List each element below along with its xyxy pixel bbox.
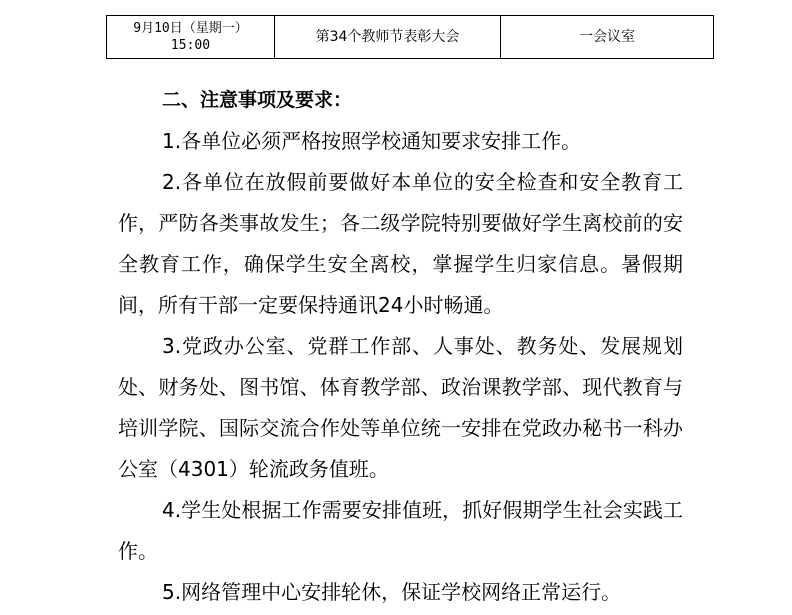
list-item: 2.各单位在放假前要做好本单位的安全检查和安全教育工作，严防各类事故发生；各二级…: [118, 162, 683, 326]
schedule-table: 9月10日（星期一） 15:00 第34个教师节表彰大会 一会议室: [106, 15, 714, 59]
notice-section: 二、注意事项及要求： 1.各单位必须严格按照学校通知要求安排工作。 2.各单位在…: [118, 80, 683, 613]
list-item: 5.网络管理中心安排轮休，保证学校网络正常运行。: [118, 572, 683, 613]
date-text: 9月10日（星期一）: [107, 20, 274, 37]
list-item: 3.党政办公室、党群工作部、人事处、教务处、发展规划处、财务处、图书馆、体育教学…: [118, 326, 683, 490]
location-cell: 一会议室: [501, 16, 714, 59]
date-time-cell: 9月10日（星期一） 15:00: [107, 16, 275, 59]
list-item: 1.各单位必须严格按照学校通知要求安排工作。: [118, 121, 683, 162]
section-heading: 二、注意事项及要求：: [118, 80, 683, 121]
schedule-row: 9月10日（星期一） 15:00 第34个教师节表彰大会 一会议室: [107, 16, 714, 59]
event-cell: 第34个教师节表彰大会: [275, 16, 501, 59]
time-text: 15:00: [107, 37, 274, 54]
list-item: 4.学生处根据工作需要安排值班，抓好假期学生社会实践工作。: [118, 490, 683, 572]
